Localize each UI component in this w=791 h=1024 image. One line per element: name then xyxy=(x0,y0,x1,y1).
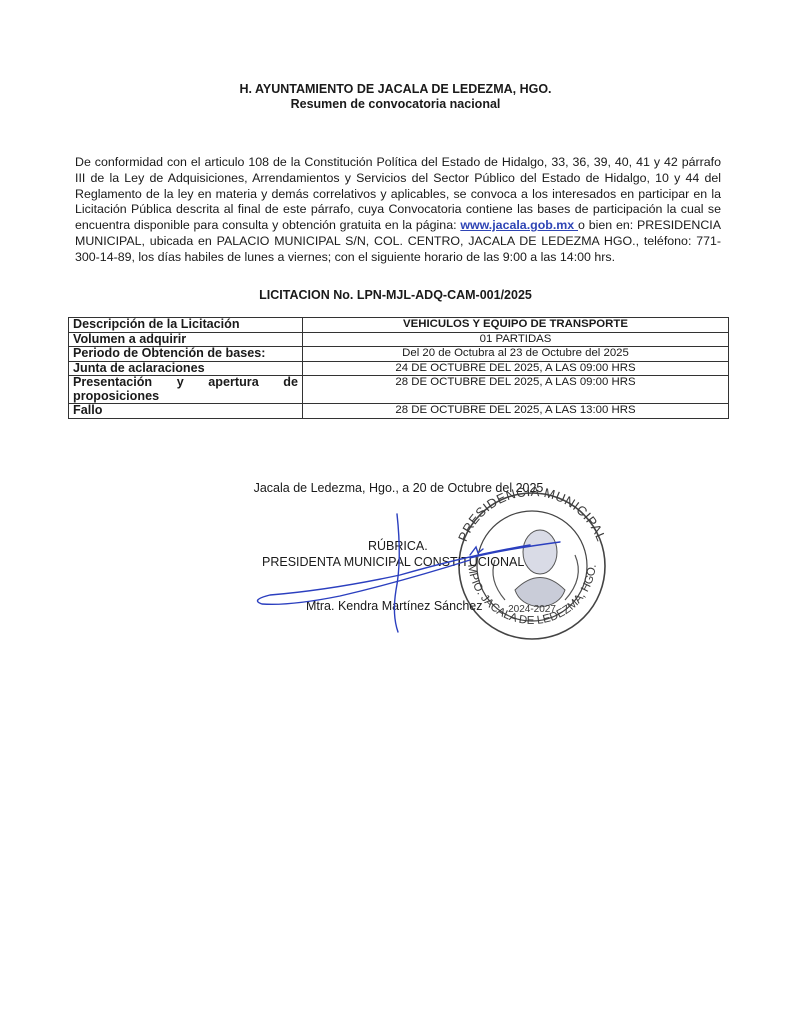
document-page: H. AYUNTAMIENTO DE JACALA DE LEDEZMA, HG… xyxy=(0,0,791,1024)
handwritten-signature xyxy=(0,0,791,1024)
signature-icon xyxy=(258,514,561,632)
